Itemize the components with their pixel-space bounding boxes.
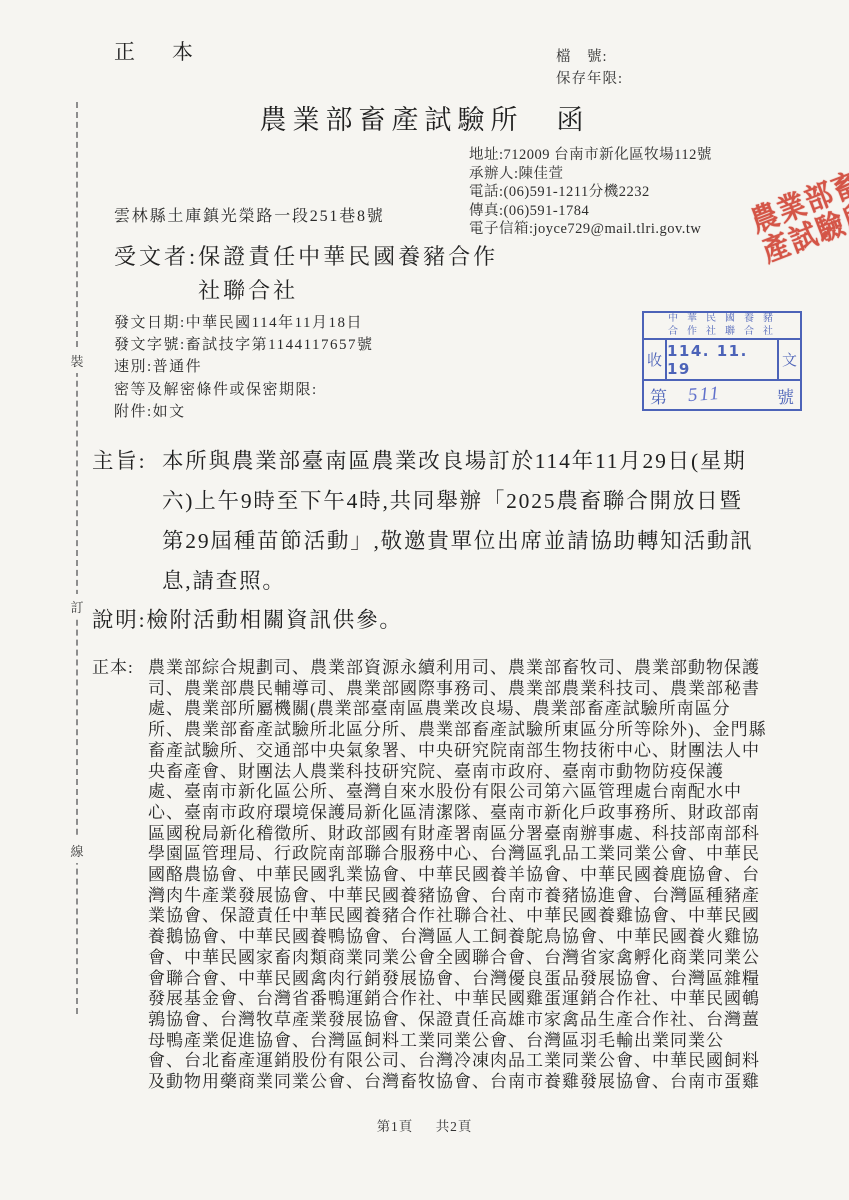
scanned-letter-page: 裝 訂 線 正 本 檔 號: 保存年限: 農業部畜產試驗所 函 農業部畜 產試驗…	[0, 0, 849, 1200]
explanation-section: 說明:檢附活動相關資訊供參。	[92, 600, 403, 640]
agency-red-seal: 農業部畜 產試驗所	[740, 150, 849, 284]
copies-line: 會、中華民國家畜肉類商業同業公會全國聯合會、台灣省家禽孵化商業同業公	[148, 948, 796, 969]
recipient-name: 保證責任中華民國養豬合作社聯合社	[198, 240, 506, 308]
recipient-block: 受文者:保證責任中華民國養豬合作社聯合社	[114, 240, 506, 308]
copies-line: 養鵝協會、中華民國養鴨協會、台灣區人工飼養鴕鳥協會、中華民國養火雞協	[148, 927, 796, 948]
page-footer: 第1頁 共2頁	[0, 1115, 849, 1135]
page-total: 共2頁	[436, 1119, 473, 1134]
recipient-label: 受文者:	[114, 240, 198, 274]
explanation-text: 檢附活動相關資訊供參。	[146, 608, 402, 632]
contact-phone: 電話:(06)591-1211分機2232	[469, 183, 712, 202]
contact-fax: 傳真:(06)591-1784	[469, 202, 712, 221]
receipt-stamp-org-line2: 合作社聯合社	[644, 326, 800, 339]
attachment: 附件:如文	[114, 401, 374, 423]
subject-line: 本所與農業部臺南區農業改良場訂於114年11月29日(星期	[162, 441, 787, 481]
security-classification: 密等及解密條件或保密期限:	[114, 379, 374, 401]
copies-line: 鶉協會、台灣牧草產業發展協會、保證責任高雄市家禽品生產合作社、台灣薑	[148, 1010, 796, 1031]
copies-line: 所、農業部畜產試驗所北區分所、農業部畜產試驗所東區分所等除外)、金門縣	[148, 720, 796, 741]
receipt-stamp-org: 中華民國養豬 合作社聯合社	[644, 313, 800, 340]
copies-line: 心、臺南市政府環境保護局新化區清潔隊、臺南市新化戶政事務所、財政部南	[148, 803, 796, 824]
receipt-stamp-number-handwritten: 511	[688, 383, 723, 407]
issue-number: 發文字號:畜試技字第1144117657號	[114, 334, 374, 356]
binding-mark-zhuang: 裝	[69, 348, 85, 373]
receipt-stamp-receive-char: 收	[644, 340, 667, 379]
file-number-block: 檔 號: 保存年限:	[556, 46, 623, 90]
document-title: 農業部畜產試驗所 函	[0, 98, 849, 137]
copies-line: 處、臺南市新化區公所、臺灣自來水股份有限公司第六區管理處台南配水中	[148, 782, 796, 803]
copies-line: 區國稅局新化稽徵所、財政部國有財產署南區分署臺南辦事處、科技部南部科	[148, 824, 796, 845]
copies-line: 灣肉牛產業發展協會、中華民國養豬協會、台南市養豬協進會、台灣區種豬產	[148, 886, 796, 907]
receipt-stamp-date: 114. 11. 19	[667, 340, 777, 379]
subject-line: 六)上午9時至下午4時,共同舉辦「2025農畜聯合開放日暨	[162, 481, 787, 521]
receipt-stamp-doc-char: 文	[777, 340, 800, 379]
issue-date: 發文日期:中華民國114年11月18日	[114, 312, 374, 334]
copies-line: 司、農業部農民輔導司、農業部國際事務司、農業部農業科技司、農業部秘書	[148, 679, 796, 700]
copies-line: 發展基金會、台灣省番鴨運銷合作社、中華民國雞蛋運銷合作社、中華民國鵪	[148, 989, 796, 1010]
subject-label: 主旨:	[92, 441, 146, 481]
copy-type-label: 正 本	[114, 36, 201, 66]
copies-line: 畜產試驗所、交通部中央氣象署、中央研究院南部生物技術中心、財團法人中	[148, 741, 796, 762]
contact-person: 承辦人:陳佳萱	[469, 165, 712, 184]
copies-section: 正本: 農業部綜合規劃司、農業部資源永續利用司、農業部畜牧司、農業部動物保護 司…	[92, 658, 796, 1093]
binding-dashed-line	[76, 102, 78, 1014]
retention-period-label: 保存年限:	[556, 68, 623, 90]
copies-line: 農業部綜合規劃司、農業部資源永續利用司、農業部畜牧司、農業部動物保護	[148, 658, 796, 679]
binding-mark-ding: 訂	[69, 594, 85, 619]
receipt-stamp-org-line1: 中華民國養豬	[644, 313, 800, 326]
copies-line: 處、農業部所屬機關(農業部臺南區農業改良場、農業部畜產試驗所南區分	[148, 699, 796, 720]
subject-line: 息,請查照。	[162, 561, 787, 601]
receipt-stamp-no-prefix: 第	[650, 383, 667, 408]
copies-line: 母鴨產業促進協會、台灣區飼料工業同業公會、台灣區羽毛輸出業同業公	[148, 1031, 796, 1052]
subject-line: 第29屆種苗節活動」,敬邀貴單位出席並請協助轉知活動訊	[162, 521, 787, 561]
copies-line: 及動物用藥商業同業公會、台灣畜牧協會、台南市養雞發展協會、台南市蛋雞	[148, 1072, 796, 1093]
copies-line: 會、台北畜產運銷股份有限公司、台灣冷凍肉品工業同業公會、中華民國飼料	[148, 1051, 796, 1072]
copies-line: 央畜產會、財團法人農業科技研究院、臺南市政府、臺南市動物防疫保護	[148, 762, 796, 783]
contact-email: 電子信箱:joyce729@mail.tlri.gov.tw	[469, 220, 712, 239]
copies-line: 會聯合會、中華民國禽肉行銷發展協會、台灣優良蛋品發展協會、台灣區雜糧	[148, 969, 796, 990]
copies-list: 農業部綜合規劃司、農業部資源永續利用司、農業部畜牧司、農業部動物保護 司、農業部…	[148, 658, 796, 1093]
explanation-label: 說明:	[92, 608, 146, 632]
copies-line: 學園區管理局、行政院南部聯合服務中心、台灣區乳品工業同業公會、中華民	[148, 844, 796, 865]
page-number: 第1頁	[377, 1119, 414, 1134]
priority: 速別:普通件	[114, 356, 374, 378]
receipt-stamp-no-suffix: 號	[777, 383, 794, 408]
receipt-stamp: 中華民國養豬 合作社聯合社 收 114. 11. 19 文 第 511 號	[642, 311, 802, 411]
agency-address: 地址:712009 台南市新化區牧場112號	[469, 146, 712, 165]
binding-mark-xian: 線	[69, 838, 85, 863]
copies-line: 國酪農協會、中華民國乳業協會、中華民國養羊協會、中華民國養鹿協會、台	[148, 865, 796, 886]
copies-label: 正本:	[92, 658, 134, 679]
subject-section: 主旨: 本所與農業部臺南區農業改良場訂於114年11月29日(星期 六)上午9時…	[92, 441, 787, 601]
file-number-label: 檔 號:	[556, 46, 623, 68]
agency-contact-block: 地址:712009 台南市新化區牧場112號 承辦人:陳佳萱 電話:(06)59…	[469, 146, 712, 239]
copies-line: 業協會、保證責任中華民國養豬合作社聯合社、中華民國養雞協會、中華民國	[148, 906, 796, 927]
subject-text: 本所與農業部臺南區農業改良場訂於114年11月29日(星期 六)上午9時至下午4…	[162, 441, 787, 601]
document-meta-block: 發文日期:中華民國114年11月18日 發文字號:畜試技字第1144117657…	[114, 312, 374, 423]
recipient-postal-address: 雲林縣土庫鎮光榮路一段251巷8號	[114, 203, 385, 226]
